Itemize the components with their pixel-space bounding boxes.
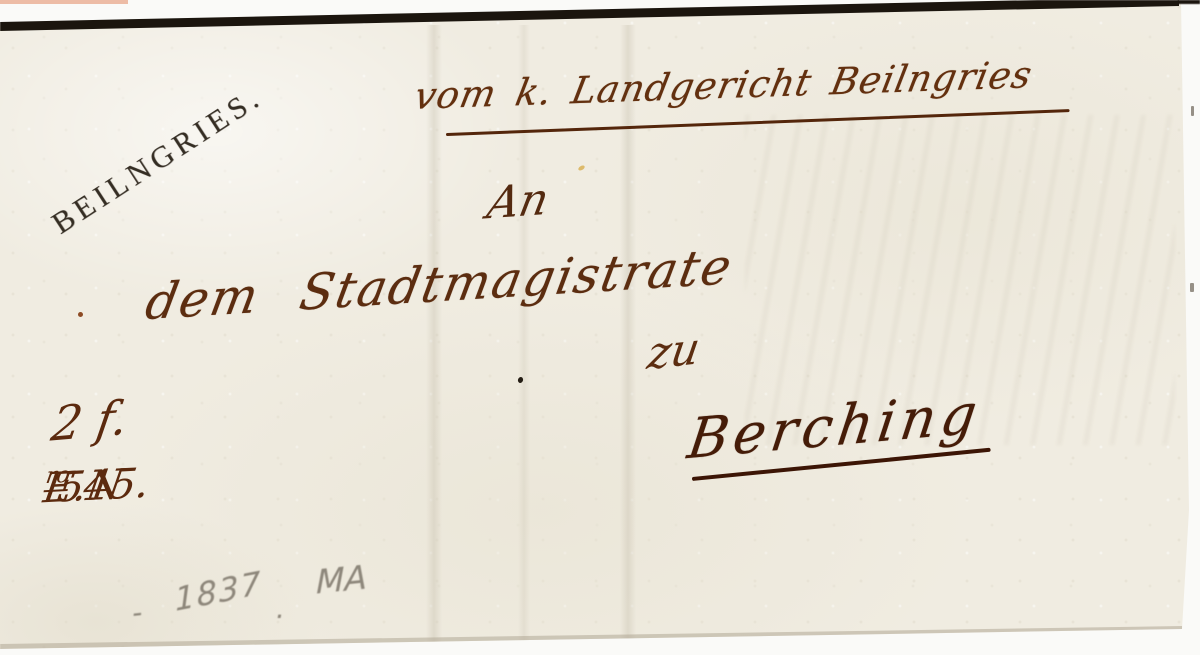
preposition-zu: zu [644, 323, 704, 381]
ink-speck-red [78, 312, 83, 317]
fold-streak-right [620, 25, 636, 650]
fee-note: 2 f. [48, 390, 132, 453]
top-right-edge-mark [1178, 0, 1200, 4]
letter-paper: BEILNGRIES. vom k. Landgericht Beilngrie… [0, 0, 1200, 655]
fold-streak-middle [518, 25, 530, 650]
pencil-year-note: 1837 [174, 563, 264, 618]
scan-pink-strip [0, 0, 128, 4]
salutation-an: An [483, 173, 553, 229]
paper-speck-yellow [577, 165, 585, 172]
registry-value: 545. [54, 458, 153, 511]
pencil-dash-mark: - [130, 596, 144, 630]
scan-edge-artifact-upper [1191, 106, 1194, 116]
pencil-initials-note: MA [316, 557, 367, 602]
sender-line: vom k. Landgericht Beilngries [411, 53, 1036, 118]
postmark-beilngries: BEILNGRIES. [9, 55, 305, 265]
scan-edge-artifact-lower [1190, 283, 1194, 292]
fold-streak-left [426, 25, 442, 650]
destination-berching: Berching [684, 381, 986, 472]
pencil-dot-mark: . [276, 592, 285, 625]
letter-scan: BEILNGRIES. vom k. Landgericht Beilngrie… [0, 0, 1200, 655]
